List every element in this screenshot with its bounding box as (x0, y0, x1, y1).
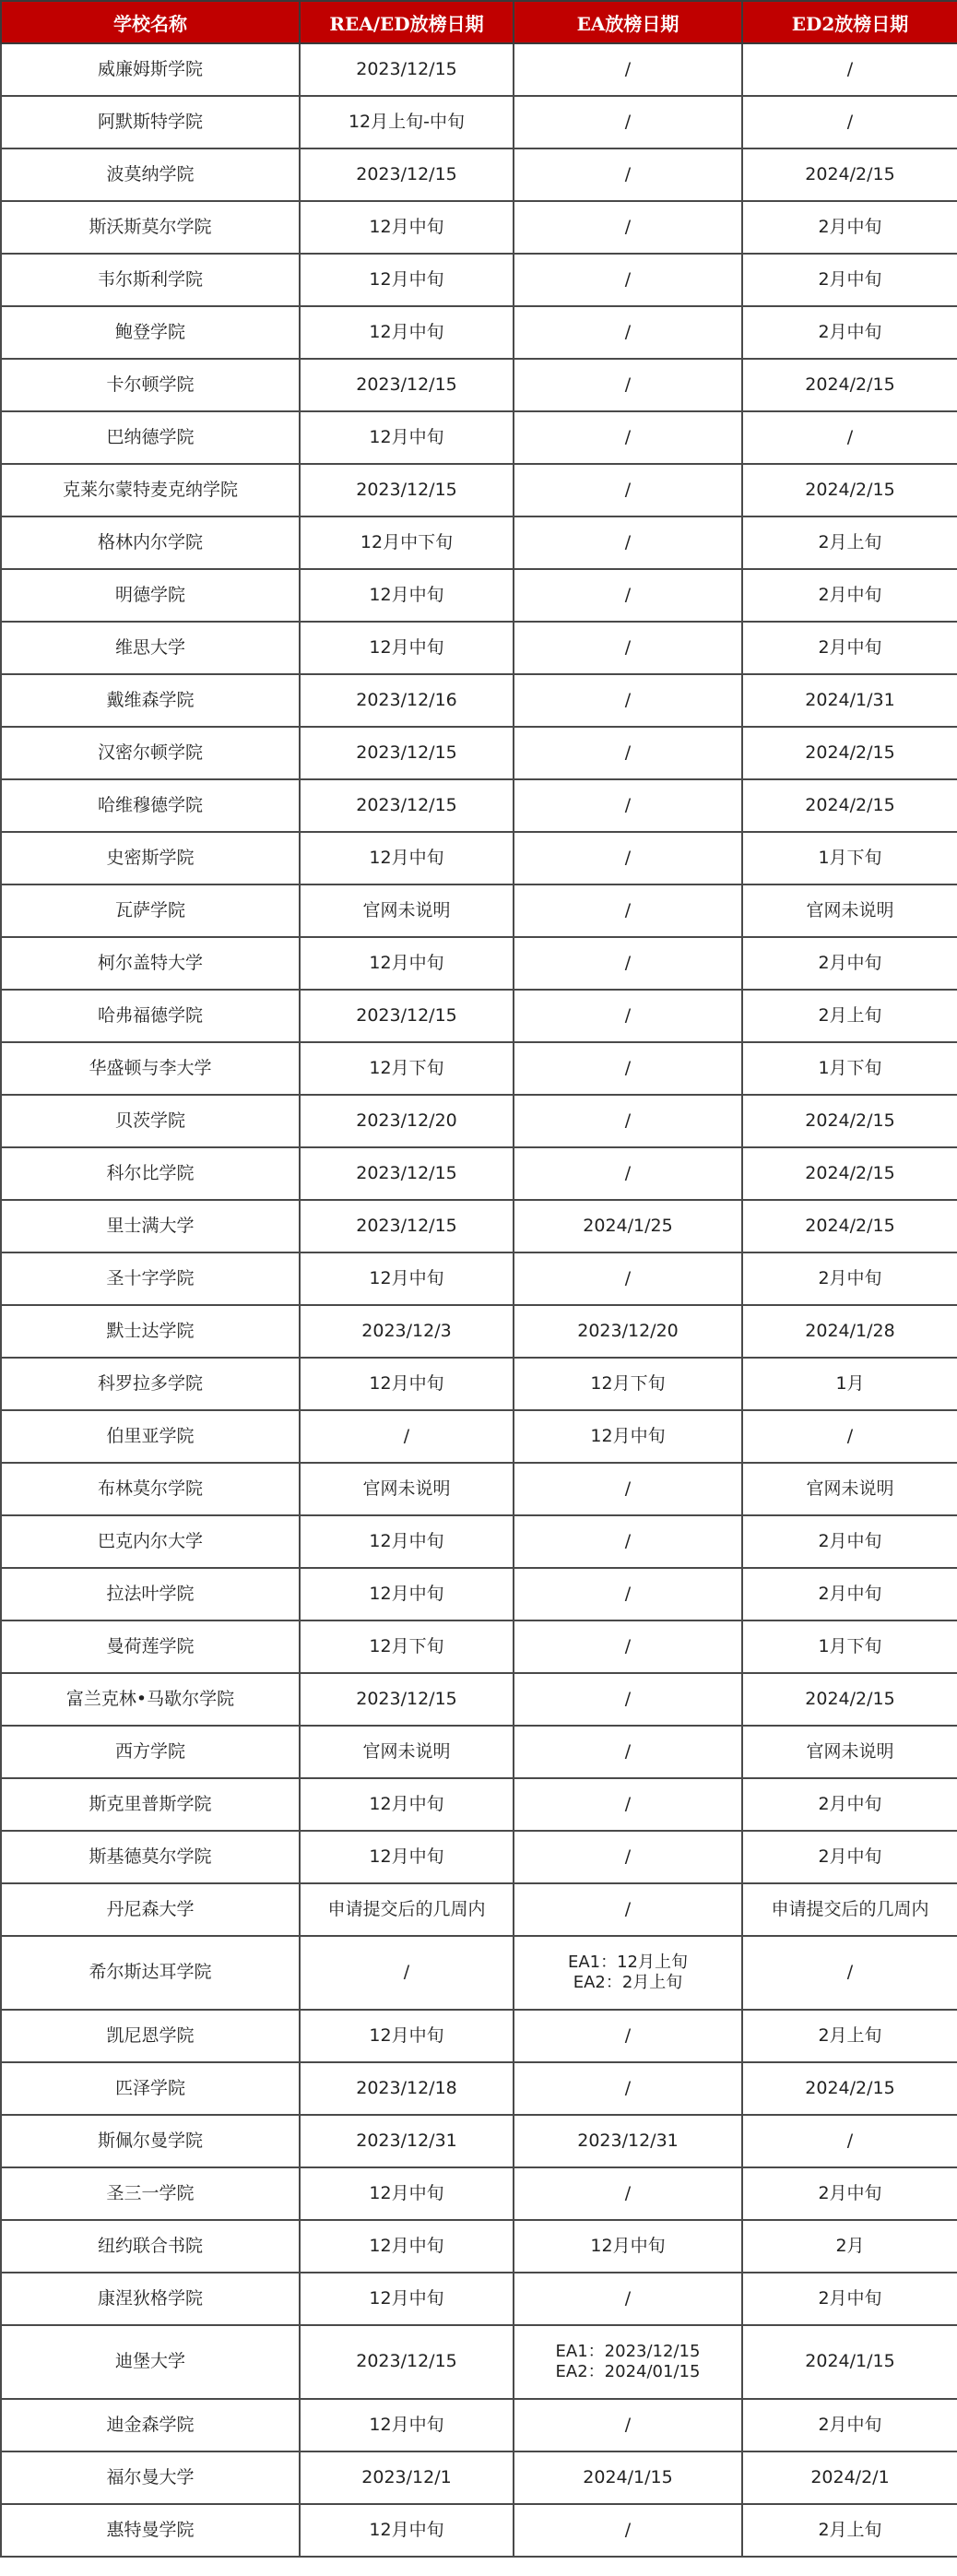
school-name-cell: 丹尼森大学 (1, 1883, 300, 1936)
ea2-date: EA2：2月上旬 (514, 1973, 741, 1994)
table-header: 学校名称 REA/ED放榜日期 EA放榜日期 ED2放榜日期 (1, 1, 957, 43)
table-row: 哈维穆德学院2023/12/15/2024/2/15 (1, 779, 957, 832)
table-row: 凯尼恩学院12月中旬/2月上旬 (1, 2010, 957, 2062)
ed2-date-cell: 1月下旬 (742, 1620, 957, 1673)
ea-date-cell: / (514, 1726, 742, 1778)
ea-date-cell: / (514, 201, 742, 254)
ea-date-cell: / (514, 2062, 742, 2115)
table-row: 迪金森学院12月中旬/2月中旬 (1, 2399, 957, 2451)
admission-dates-table: 学校名称 REA/ED放榜日期 EA放榜日期 ED2放榜日期 威廉姆斯学院202… (0, 0, 957, 2558)
ea-date-cell: / (514, 464, 742, 516)
table-row: 匹泽学院2023/12/18/2024/2/15 (1, 2062, 957, 2115)
table-row: 波莫纳学院2023/12/15/2024/2/15 (1, 148, 957, 201)
ed2-date-cell: 2月上旬 (742, 516, 957, 569)
ed2-date-cell: 2月中旬 (742, 1515, 957, 1568)
ea-date-cell: 12月下旬 (514, 1358, 742, 1410)
table-row: 曼荷莲学院12月下旬/1月下旬 (1, 1620, 957, 1673)
school-name-cell: 卡尔顿学院 (1, 359, 300, 411)
ea-date-cell: / (514, 1463, 742, 1515)
ed2-date-cell: 2月中旬 (742, 1568, 957, 1620)
table-row: 巴克内尔大学12月中旬/2月中旬 (1, 1515, 957, 1568)
table-row: 迪堡大学2023/12/15EA1：2023/12/15EA2：2024/01/… (1, 2325, 957, 2399)
rea-ed-date-cell: 12月中旬 (300, 254, 514, 306)
school-name-cell: 巴纳德学院 (1, 411, 300, 464)
ed2-date-cell: 1月下旬 (742, 1042, 957, 1095)
ed2-date-cell: 2月上旬 (742, 990, 957, 1042)
ea-date-cell: / (514, 254, 742, 306)
ea-date-cell: / (514, 884, 742, 937)
ed2-date-cell: 2月中旬 (742, 2273, 957, 2325)
table-row: 圣三一学院12月中旬/2月中旬 (1, 2167, 957, 2220)
table-row: 福尔曼大学2023/12/12024/1/152024/2/1 (1, 2451, 957, 2504)
ea-date-cell: / (514, 1252, 742, 1305)
rea-ed-date-cell: 2023/12/15 (300, 990, 514, 1042)
rea-ed-date-cell: 官网未说明 (300, 884, 514, 937)
rea-ed-date-cell: / (300, 1936, 514, 2010)
rea-ed-date-cell: 12月中旬 (300, 1778, 514, 1831)
ea-date-cell: / (514, 1831, 742, 1883)
table-row: 斯基德莫尔学院12月中旬/2月中旬 (1, 1831, 957, 1883)
table-row: 默士达学院2023/12/32023/12/202024/1/28 (1, 1305, 957, 1358)
rea-ed-date-cell: 官网未说明 (300, 1463, 514, 1515)
ea-date-cell: / (514, 359, 742, 411)
school-name-cell: 鲍登学院 (1, 306, 300, 359)
school-name-cell: 拉法叶学院 (1, 1568, 300, 1620)
school-name-cell: 维思大学 (1, 622, 300, 674)
rea-ed-date-cell: 12月中旬 (300, 201, 514, 254)
header-school-name: 学校名称 (1, 1, 300, 43)
school-name-cell: 贝茨学院 (1, 1095, 300, 1147)
rea-ed-date-cell: 12月中旬 (300, 2399, 514, 2451)
ed2-date-cell: 官网未说明 (742, 1726, 957, 1778)
ea-date-cell: / (514, 779, 742, 832)
ed2-date-cell: 2月中旬 (742, 1778, 957, 1831)
ed2-date-cell: / (742, 96, 957, 148)
ed2-date-cell: / (742, 43, 957, 96)
school-name-cell: 迪堡大学 (1, 2325, 300, 2399)
ed2-date-cell: 2024/2/15 (742, 779, 957, 832)
ed2-date-cell: 2024/2/15 (742, 1673, 957, 1726)
school-name-cell: 明德学院 (1, 569, 300, 622)
ed2-date-cell: 2024/1/15 (742, 2325, 957, 2399)
ed2-date-cell: 2月上旬 (742, 2010, 957, 2062)
school-name-cell: 斯佩尔曼学院 (1, 2115, 300, 2167)
rea-ed-date-cell: 2023/12/15 (300, 464, 514, 516)
rea-ed-date-cell: 2023/12/1 (300, 2451, 514, 2504)
ed2-date-cell: 1月下旬 (742, 832, 957, 884)
rea-ed-date-cell: 12月下旬 (300, 1620, 514, 1673)
ea-date-cell: / (514, 1515, 742, 1568)
ed2-date-cell: 2月中旬 (742, 2399, 957, 2451)
ed2-date-cell: 2月中旬 (742, 1252, 957, 1305)
rea-ed-date-cell: 12月中旬 (300, 2220, 514, 2273)
rea-ed-date-cell: 12月中旬 (300, 569, 514, 622)
table-row: 韦尔斯利学院12月中旬/2月中旬 (1, 254, 957, 306)
school-name-cell: 里士满大学 (1, 1200, 300, 1252)
ea-date-cell: / (514, 2167, 742, 2220)
ea1-date: EA1：2023/12/15 (514, 2342, 741, 2363)
table-row: 明德学院12月中旬/2月中旬 (1, 569, 957, 622)
ed2-date-cell: 官网未说明 (742, 884, 957, 937)
rea-ed-date-cell: 2023/12/15 (300, 359, 514, 411)
school-name-cell: 波莫纳学院 (1, 148, 300, 201)
school-name-cell: 史密斯学院 (1, 832, 300, 884)
table-row: 富兰克林•马歇尔学院2023/12/15/2024/2/15 (1, 1673, 957, 1726)
ed2-date-cell: 2月中旬 (742, 569, 957, 622)
school-name-cell: 迪金森学院 (1, 2399, 300, 2451)
table-row: 巴纳德学院12月中旬// (1, 411, 957, 464)
table-row: 科尔比学院2023/12/15/2024/2/15 (1, 1147, 957, 1200)
header-ed2-date: ED2放榜日期 (742, 1, 957, 43)
ed2-date-cell: 2024/2/15 (742, 2062, 957, 2115)
rea-ed-date-cell: 2023/12/16 (300, 674, 514, 727)
school-name-cell: 韦尔斯利学院 (1, 254, 300, 306)
table-row: 里士满大学2023/12/152024/1/252024/2/15 (1, 1200, 957, 1252)
ea-date-cell: / (514, 1778, 742, 1831)
table-row: 圣十字学院12月中旬/2月中旬 (1, 1252, 957, 1305)
school-name-cell: 瓦萨学院 (1, 884, 300, 937)
table-body: 威廉姆斯学院2023/12/15//阿默斯特学院12月上旬-中旬//波莫纳学院2… (1, 43, 957, 2557)
school-name-cell: 汉密尔顿学院 (1, 727, 300, 779)
school-name-cell: 哈弗福德学院 (1, 990, 300, 1042)
school-name-cell: 圣十字学院 (1, 1252, 300, 1305)
header-ea-date: EA放榜日期 (514, 1, 742, 43)
school-name-cell: 科尔比学院 (1, 1147, 300, 1200)
ea2-date: EA2：2024/01/15 (514, 2362, 741, 2383)
rea-ed-date-cell: 12月中旬 (300, 1568, 514, 1620)
ea-date-cell: / (514, 569, 742, 622)
ea-date-cell: EA1：12月上旬EA2：2月上旬 (514, 1936, 742, 2010)
rea-ed-date-cell: 12月中旬 (300, 2167, 514, 2220)
ea-date-cell: / (514, 96, 742, 148)
ed2-date-cell: 1月 (742, 1358, 957, 1410)
table-row: 哈弗福德学院2023/12/15/2月上旬 (1, 990, 957, 1042)
ea-date-cell: / (514, 306, 742, 359)
table-row: 拉法叶学院12月中旬/2月中旬 (1, 1568, 957, 1620)
rea-ed-date-cell: 12月上旬-中旬 (300, 96, 514, 148)
table-row: 柯尔盖特大学12月中旬/2月中旬 (1, 937, 957, 990)
ea-date-cell: / (514, 1568, 742, 1620)
school-name-cell: 西方学院 (1, 1726, 300, 1778)
table-row: 阿默斯特学院12月上旬-中旬// (1, 96, 957, 148)
rea-ed-date-cell: 2023/12/15 (300, 148, 514, 201)
ea-date-cell: / (514, 2010, 742, 2062)
school-name-cell: 福尔曼大学 (1, 2451, 300, 2504)
ed2-date-cell: 2月中旬 (742, 937, 957, 990)
rea-ed-date-cell: 申请提交后的几周内 (300, 1883, 514, 1936)
table-row: 布林莫尔学院官网未说明/官网未说明 (1, 1463, 957, 1515)
table-row: 希尔斯达耳学院/EA1：12月上旬EA2：2月上旬/ (1, 1936, 957, 2010)
header-row: 学校名称 REA/ED放榜日期 EA放榜日期 ED2放榜日期 (1, 1, 957, 43)
rea-ed-date-cell: 2023/12/18 (300, 2062, 514, 2115)
ea-date-cell: / (514, 43, 742, 96)
rea-ed-date-cell: 2023/12/15 (300, 779, 514, 832)
ed2-date-cell: 2024/2/15 (742, 1200, 957, 1252)
school-name-cell: 伯里亚学院 (1, 1410, 300, 1463)
ed2-date-cell: 2月中旬 (742, 254, 957, 306)
table-row: 斯佩尔曼学院2023/12/312023/12/31/ (1, 2115, 957, 2167)
school-name-cell: 斯克里普斯学院 (1, 1778, 300, 1831)
rea-ed-date-cell: 12月中旬 (300, 832, 514, 884)
ea-date-cell: / (514, 2504, 742, 2557)
table-row: 伯里亚学院/12月中旬/ (1, 1410, 957, 1463)
school-name-cell: 戴维森学院 (1, 674, 300, 727)
table-row: 克莱尔蒙特麦克纳学院2023/12/15/2024/2/15 (1, 464, 957, 516)
ed2-date-cell: 官网未说明 (742, 1463, 957, 1515)
school-name-cell: 富兰克林•马歇尔学院 (1, 1673, 300, 1726)
ea-date-cell: / (514, 1042, 742, 1095)
table-row: 维思大学12月中旬/2月中旬 (1, 622, 957, 674)
table-row: 鲍登学院12月中旬/2月中旬 (1, 306, 957, 359)
rea-ed-date-cell: 2023/12/3 (300, 1305, 514, 1358)
ea-date-cell: 2023/12/20 (514, 1305, 742, 1358)
ea-date-cell: / (514, 148, 742, 201)
school-name-cell: 凯尼恩学院 (1, 2010, 300, 2062)
table-row: 威廉姆斯学院2023/12/15// (1, 43, 957, 96)
ed2-date-cell: 2月上旬 (742, 2504, 957, 2557)
rea-ed-date-cell: 12月中旬 (300, 2010, 514, 2062)
school-name-cell: 格林内尔学院 (1, 516, 300, 569)
rea-ed-date-cell: 2023/12/15 (300, 1200, 514, 1252)
ed2-date-cell: 2024/2/1 (742, 2451, 957, 2504)
ea-date-cell: / (514, 832, 742, 884)
ea-date-cell: 12月中旬 (514, 1410, 742, 1463)
ea-date-cell: / (514, 674, 742, 727)
ea-date-cell: / (514, 1673, 742, 1726)
school-name-cell: 惠特曼学院 (1, 2504, 300, 2557)
school-name-cell: 布林莫尔学院 (1, 1463, 300, 1515)
ea-date-cell: / (514, 411, 742, 464)
ed2-date-cell: 2月中旬 (742, 306, 957, 359)
ea-date-cell: / (514, 1095, 742, 1147)
ea-date-cell: 2023/12/31 (514, 2115, 742, 2167)
table-row: 丹尼森大学申请提交后的几周内/申请提交后的几周内 (1, 1883, 957, 1936)
rea-ed-date-cell: 12月下旬 (300, 1042, 514, 1095)
ea-date-cell: / (514, 516, 742, 569)
rea-ed-date-cell: 2023/12/15 (300, 727, 514, 779)
ea-date-cell: / (514, 1147, 742, 1200)
rea-ed-date-cell: 12月中旬 (300, 1831, 514, 1883)
table-row: 瓦萨学院官网未说明/官网未说明 (1, 884, 957, 937)
table-row: 西方学院官网未说明/官网未说明 (1, 1726, 957, 1778)
ea-date-cell: EA1：2023/12/15EA2：2024/01/15 (514, 2325, 742, 2399)
rea-ed-date-cell: 2023/12/15 (300, 43, 514, 96)
rea-ed-date-cell: 12月中旬 (300, 622, 514, 674)
rea-ed-date-cell: 2023/12/15 (300, 2325, 514, 2399)
school-name-cell: 纽约联合书院 (1, 2220, 300, 2273)
school-name-cell: 科罗拉多学院 (1, 1358, 300, 1410)
school-name-cell: 哈维穆德学院 (1, 779, 300, 832)
rea-ed-date-cell: 12月中旬 (300, 411, 514, 464)
ea-date-cell: 12月中旬 (514, 2220, 742, 2273)
table-row: 卡尔顿学院2023/12/15/2024/2/15 (1, 359, 957, 411)
ea-date-cell: / (514, 622, 742, 674)
table-row: 惠特曼学院12月中旬/2月上旬 (1, 2504, 957, 2557)
ed2-date-cell: 2024/1/31 (742, 674, 957, 727)
ed2-date-cell: 2024/2/15 (742, 359, 957, 411)
table-row: 汉密尔顿学院2023/12/15/2024/2/15 (1, 727, 957, 779)
table-row: 斯克里普斯学院12月中旬/2月中旬 (1, 1778, 957, 1831)
rea-ed-date-cell: 12月中旬 (300, 1252, 514, 1305)
rea-ed-date-cell: 12月中旬 (300, 2504, 514, 2557)
table-row: 史密斯学院12月中旬/1月下旬 (1, 832, 957, 884)
school-name-cell: 威廉姆斯学院 (1, 43, 300, 96)
ed2-date-cell: / (742, 1410, 957, 1463)
ed2-date-cell: 2024/2/15 (742, 727, 957, 779)
ea-date-cell: / (514, 990, 742, 1042)
ea-date-cell: / (514, 727, 742, 779)
school-name-cell: 曼荷莲学院 (1, 1620, 300, 1673)
school-name-cell: 克莱尔蒙特麦克纳学院 (1, 464, 300, 516)
ed2-date-cell: / (742, 2115, 957, 2167)
ed2-date-cell: 2024/2/15 (742, 148, 957, 201)
school-name-cell: 希尔斯达耳学院 (1, 1936, 300, 2010)
table-row: 科罗拉多学院12月中旬12月下旬1月 (1, 1358, 957, 1410)
table-row: 纽约联合书院12月中旬12月中旬2月 (1, 2220, 957, 2273)
ed2-date-cell: 2月中旬 (742, 2167, 957, 2220)
school-name-cell: 柯尔盖特大学 (1, 937, 300, 990)
school-name-cell: 斯沃斯莫尔学院 (1, 201, 300, 254)
rea-ed-date-cell: / (300, 1410, 514, 1463)
ed2-date-cell: 2024/2/15 (742, 464, 957, 516)
ea-date-cell: / (514, 1883, 742, 1936)
rea-ed-date-cell: 2023/12/31 (300, 2115, 514, 2167)
table-row: 戴维森学院2023/12/16/2024/1/31 (1, 674, 957, 727)
table-row: 康涅狄格学院12月中旬/2月中旬 (1, 2273, 957, 2325)
rea-ed-date-cell: 12月中旬 (300, 937, 514, 990)
table-row: 华盛顿与李大学12月下旬/1月下旬 (1, 1042, 957, 1095)
ea-date-cell: / (514, 937, 742, 990)
school-name-cell: 圣三一学院 (1, 2167, 300, 2220)
rea-ed-date-cell: 官网未说明 (300, 1726, 514, 1778)
ed2-date-cell: / (742, 1936, 957, 2010)
rea-ed-date-cell: 12月中旬 (300, 2273, 514, 2325)
rea-ed-date-cell: 12月中下旬 (300, 516, 514, 569)
school-name-cell: 华盛顿与李大学 (1, 1042, 300, 1095)
school-name-cell: 康涅狄格学院 (1, 2273, 300, 2325)
rea-ed-date-cell: 12月中旬 (300, 306, 514, 359)
school-name-cell: 默士达学院 (1, 1305, 300, 1358)
table-row: 贝茨学院2023/12/20/2024/2/15 (1, 1095, 957, 1147)
rea-ed-date-cell: 2023/12/20 (300, 1095, 514, 1147)
ea-date-cell: / (514, 2399, 742, 2451)
table-row: 格林内尔学院12月中下旬/2月上旬 (1, 516, 957, 569)
ea-date-cell: / (514, 1620, 742, 1673)
ed2-date-cell: 2月 (742, 2220, 957, 2273)
rea-ed-date-cell: 12月中旬 (300, 1358, 514, 1410)
header-rea-ed-date: REA/ED放榜日期 (300, 1, 514, 43)
ea-date-cell: / (514, 2273, 742, 2325)
ed2-date-cell: 2月中旬 (742, 201, 957, 254)
ed2-date-cell: 2024/2/15 (742, 1095, 957, 1147)
school-name-cell: 匹泽学院 (1, 2062, 300, 2115)
ed2-date-cell: 2月中旬 (742, 622, 957, 674)
rea-ed-date-cell: 2023/12/15 (300, 1147, 514, 1200)
ea-date-cell: 2024/1/25 (514, 1200, 742, 1252)
school-name-cell: 斯基德莫尔学院 (1, 1831, 300, 1883)
ed2-date-cell: 2024/1/28 (742, 1305, 957, 1358)
ed2-date-cell: 申请提交后的几周内 (742, 1883, 957, 1936)
ed2-date-cell: 2024/2/15 (742, 1147, 957, 1200)
ed2-date-cell: / (742, 411, 957, 464)
ea1-date: EA1：12月上旬 (514, 1953, 741, 1974)
rea-ed-date-cell: 12月中旬 (300, 1515, 514, 1568)
school-name-cell: 巴克内尔大学 (1, 1515, 300, 1568)
school-name-cell: 阿默斯特学院 (1, 96, 300, 148)
table-row: 斯沃斯莫尔学院12月中旬/2月中旬 (1, 201, 957, 254)
ea-date-cell: 2024/1/15 (514, 2451, 742, 2504)
ed2-date-cell: 2月中旬 (742, 1831, 957, 1883)
rea-ed-date-cell: 2023/12/15 (300, 1673, 514, 1726)
